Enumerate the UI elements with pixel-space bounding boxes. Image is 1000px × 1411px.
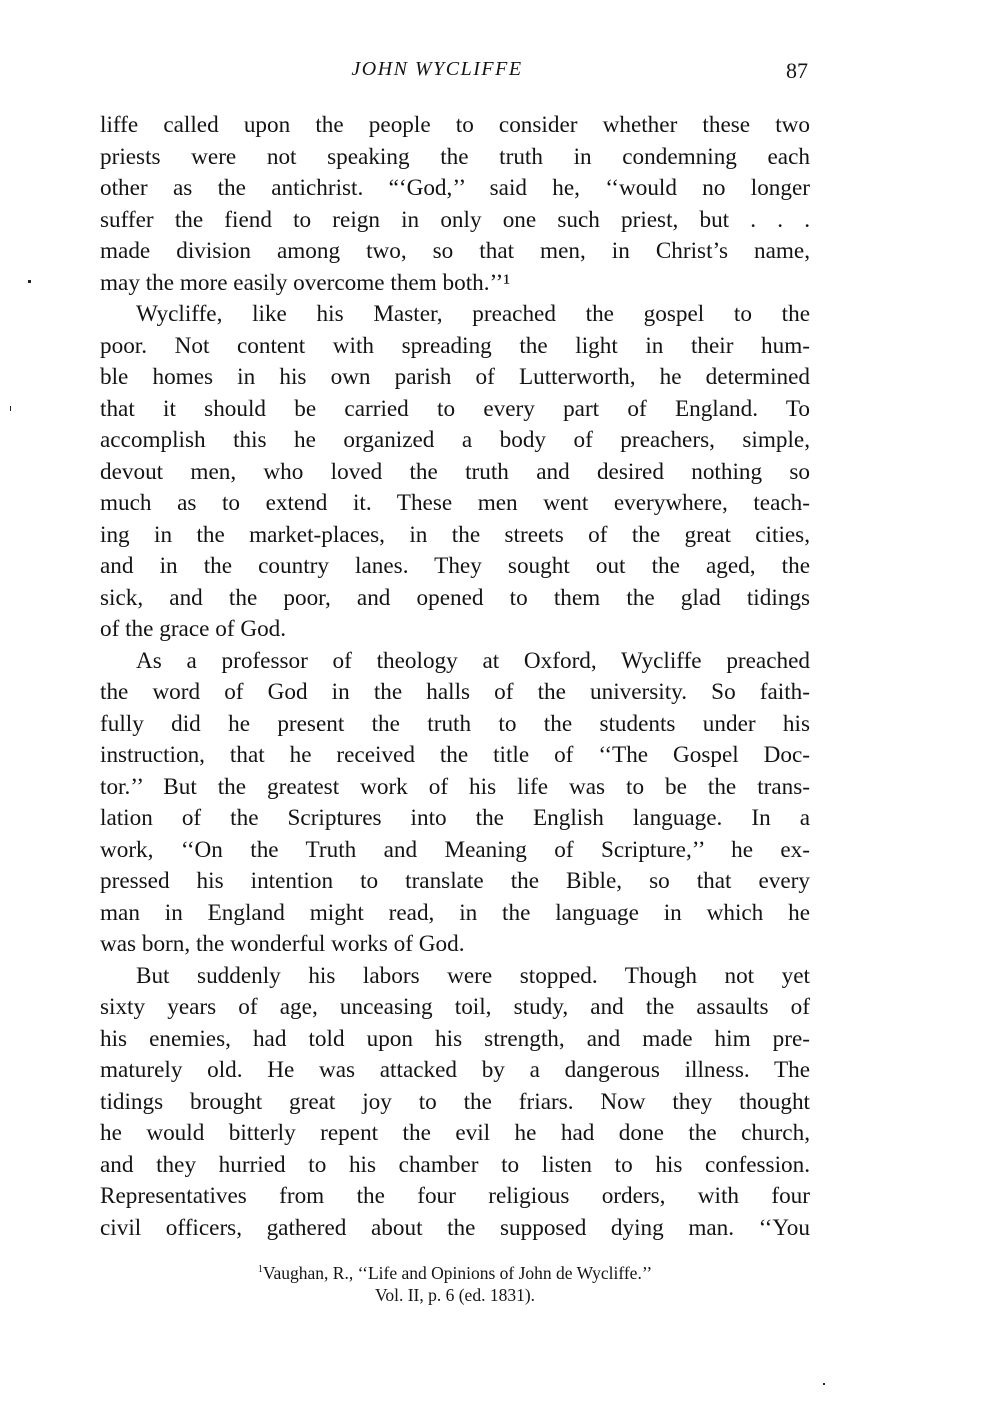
text-line: and they hurried to his chamber to liste… (100, 1150, 810, 1182)
book-page: JOHN WYCLIFFE 87 liffe called upon the p… (0, 0, 1000, 1411)
text-line: other as the antichrist. “‘God,’’ said h… (100, 173, 810, 205)
scan-speck (28, 280, 31, 283)
text-line: may the more easily overcome them both.’… (100, 268, 810, 300)
paragraph-4: But suddenly his labors were stopped. Th… (100, 961, 810, 1245)
text-line: pressed his intention to translate the B… (100, 866, 810, 898)
text-line: that it should be carried to every part … (100, 394, 810, 426)
text-line: was born, the wonderful works of God. (100, 929, 810, 961)
text-line: ble homes in his own parish of Lutterwor… (100, 362, 810, 394)
text-line: ing in the market-places, in the streets… (100, 520, 810, 552)
text-line: As a professor of theology at Oxford, Wy… (100, 646, 810, 678)
text-line: instruction, that he received the title … (100, 740, 810, 772)
paragraph-3: As a professor of theology at Oxford, Wy… (100, 646, 810, 961)
text-line: liffe called upon the people to consider… (100, 110, 810, 142)
text-line: fully did he present the truth to the st… (100, 709, 810, 741)
footnote-citation: Vaughan, R., ‘‘Life and Opinions of John… (263, 1263, 652, 1283)
text-line: priests were not speaking the truth in c… (100, 142, 810, 174)
page-number: 87 (786, 58, 808, 84)
scan-speck (10, 406, 11, 411)
text-line: his enemies, had told upon his strength,… (100, 1024, 810, 1056)
text-line: suffer the fiend to reign in only one su… (100, 205, 810, 237)
text-line: he would bitterly repent the evil he had… (100, 1118, 810, 1150)
footnote-line-1: 1Vaughan, R., ‘‘Life and Opinions of Joh… (100, 1262, 810, 1284)
text-line: of the grace of God. (100, 614, 810, 646)
text-line: sixty years of age, unceasing toil, stud… (100, 992, 810, 1024)
running-title: JOHN WYCLIFFE (100, 58, 810, 81)
text-line: Representatives from the four religious … (100, 1181, 810, 1213)
text-line: accomplish this he organized a body of p… (100, 425, 810, 457)
text-line: man in England might read, in the langua… (100, 898, 810, 930)
paragraph-2: Wycliffe, like his Master, preached the … (100, 299, 810, 646)
text-line: But suddenly his labors were stopped. Th… (100, 961, 810, 993)
footnote-line-2: Vol. II, p. 6 (ed. 1831). (100, 1284, 810, 1306)
scan-speck (823, 1383, 825, 1385)
text-line: poor. Not content with spreading the lig… (100, 331, 810, 363)
text-line: tor.’’ But the greatest work of his life… (100, 772, 810, 804)
text-line: tidings brought great joy to the friars.… (100, 1087, 810, 1119)
text-line: and in the country lanes. They sought ou… (100, 551, 810, 583)
text-line: lation of the Scriptures into the Englis… (100, 803, 810, 835)
text-line: civil officers, gathered about the suppo… (100, 1213, 810, 1245)
text-line: made division among two, so that men, in… (100, 236, 810, 268)
paragraph-1: liffe called upon the people to consider… (100, 110, 810, 299)
text-line: work, ‘‘On the Truth and Meaning of Scri… (100, 835, 810, 867)
text-line: Wycliffe, like his Master, preached the … (100, 299, 810, 331)
text-line: the word of God in the halls of the univ… (100, 677, 810, 709)
text-line: maturely old. He was attacked by a dange… (100, 1055, 810, 1087)
footnote: 1Vaughan, R., ‘‘Life and Opinions of Joh… (100, 1262, 810, 1306)
text-line: sick, and the poor, and opened to them t… (100, 583, 810, 615)
text-line: devout men, who loved the truth and desi… (100, 457, 810, 489)
running-head: JOHN WYCLIFFE 87 (100, 58, 810, 88)
text-line: much as to extend it. These men went eve… (100, 488, 810, 520)
body-text: liffe called upon the people to consider… (100, 110, 810, 1244)
